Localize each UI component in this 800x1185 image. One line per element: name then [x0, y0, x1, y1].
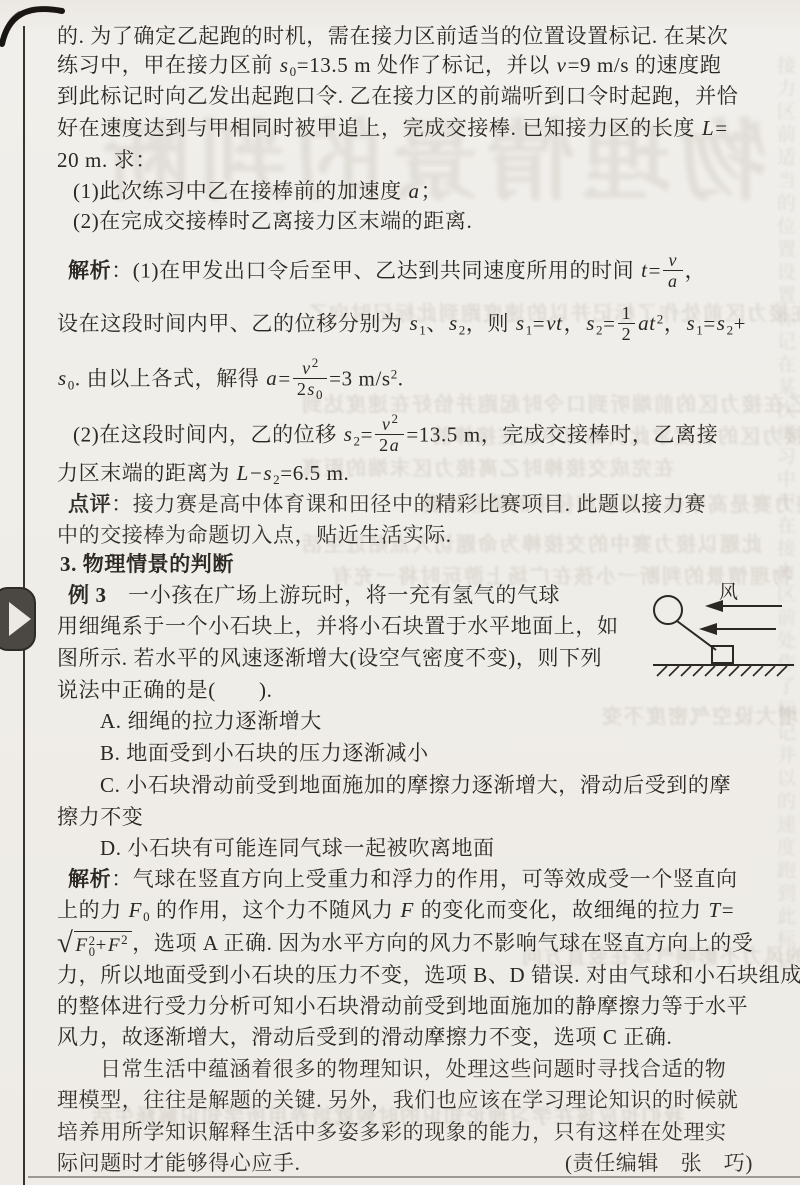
text-line-21: B. 地面受到小石块的压力逐渐减小: [100, 742, 429, 765]
text-line-6: (1)此次练习中乙在接棒前的加速度 a；: [73, 180, 442, 203]
text-line-27: √F20+F2，选项 A 正确. 因为水平方向的风力不影响气球在竖直方向上的受: [57, 932, 753, 959]
wind-label: 风: [719, 577, 738, 604]
text-line-20: A. 细绳的拉力逐渐增大: [100, 710, 322, 733]
text-line-12: 力区末端的距离为 L−s2=6.5 m.: [57, 462, 349, 485]
text-line-17: 用细绳系于一个小石块上，并将小石块置于水平地面上，如: [57, 615, 619, 638]
text-line-1: 的. 为了确定乙起跑的时机，需在接力区前适当的位置设置标记. 在某次: [57, 25, 728, 48]
text-line-33: 培养用所学知识解释生活中多姿多彩的现象的能力，只有这样在处理实: [57, 1121, 727, 1144]
text-line-22: C. 小石块滑动前受到地面施加的摩擦力逐渐增大，滑动后受到的摩: [100, 774, 731, 797]
balloon: [654, 596, 682, 624]
text-line-8: 解析：(1)在甲发出口令后至甲、乙达到共同速度所用的时间 t=va，: [68, 252, 706, 293]
text-line-18: 图所示. 若水平的风速逐渐增大(设空气密度不变)，则下列: [57, 647, 602, 670]
text-line-29: 的整体进行受力分析可知小石块滑动前受到地面施加的静摩擦力等于水平: [57, 995, 748, 1018]
text-line-5: 20 m. 求：: [57, 149, 157, 172]
text-line-3: 到此标记时向乙发出起跑口令. 乙在接力区的前端听到口令时起跑，并恰: [57, 85, 738, 108]
text-line-34: 际问题时才能够得心应手.: [57, 1152, 300, 1175]
text-line-16: 例 3 一小孩在广场上游玩时，将一充有氢气的气球: [68, 584, 560, 607]
text-line-10: s0. 由以上各式，解得 a=v22s0=3 m/s2.: [57, 360, 404, 401]
text-line-31: 日常生活中蕴涵着很多的物理知识，处理这些问题时寻找合适的物: [100, 1058, 726, 1081]
text-line-28: 力，所以地面受到小石块的压力不变，选项 B、D 错误. 对由气球和小石块组成: [57, 964, 800, 987]
scanned-textbook-page: 物理情景的判断 接力区前适当的位置设置标记在某次练习中甲在接力区前处作了标记并以…: [0, 0, 800, 1185]
figure-drawing: [633, 576, 798, 684]
text-line-23: 擦力不变: [57, 806, 143, 829]
text-line-19: 说法中正确的是( ).: [57, 679, 272, 702]
text-line-15: 3. 物理情景的判断: [60, 553, 234, 576]
wind-arrow-bottom-head: [699, 623, 717, 635]
text-line-13: 点评：接力赛是高中体育课和田径中的精彩比赛项目. 此题以接力赛: [68, 493, 706, 516]
editor-credit: (责任编辑 张 巧): [565, 1152, 753, 1175]
ground-hatching: [657, 666, 787, 676]
text-line-9: 设在这段时间内甲、乙的位移分别为 s1、s2，则 s1=vt，s2=12at2，…: [57, 305, 746, 346]
text-line-14: 中的交接棒为命题切入点，贴近生活实际.: [57, 524, 452, 547]
text-line-25: 解析：气球在竖直方向上受重力和浮力的作用，可等效成受一个竖直向: [68, 868, 738, 891]
text-line-11: (2)在这段时间内，乙的位移 s2=v22a=13.5 m，完成交接棒时，乙离接: [73, 416, 718, 457]
text-line-4: 好在速度达到与甲相同时被甲追上，完成交接棒. 已知接力区的长度 L=: [57, 117, 728, 140]
text-line-26: 上的力 F0 的作用，这个力不随风力 F 的变化而变化，故细绳的拉力 T=: [57, 899, 734, 922]
text-line-7: (2)在完成交接棒时乙离接力区末端的距离.: [73, 210, 472, 233]
text-line-30: 风力，故逐渐增大，滑动后受到的滑动摩擦力不变，选项 C 正确.: [57, 1026, 672, 1049]
balloon-wind-figure: 风: [633, 576, 798, 684]
text-line-32: 理模型，往往是解题的关键. 另外，我们也应该在学习理论知识的时候就: [57, 1089, 738, 1112]
text-line-2: 练习中，甲在接力区前 s0=13.5 m 处作了标记，并以 v=9 m/s 的速…: [57, 54, 721, 77]
text-line-24: D. 小石块有可能连同气球一起被吹离地面: [100, 837, 495, 860]
